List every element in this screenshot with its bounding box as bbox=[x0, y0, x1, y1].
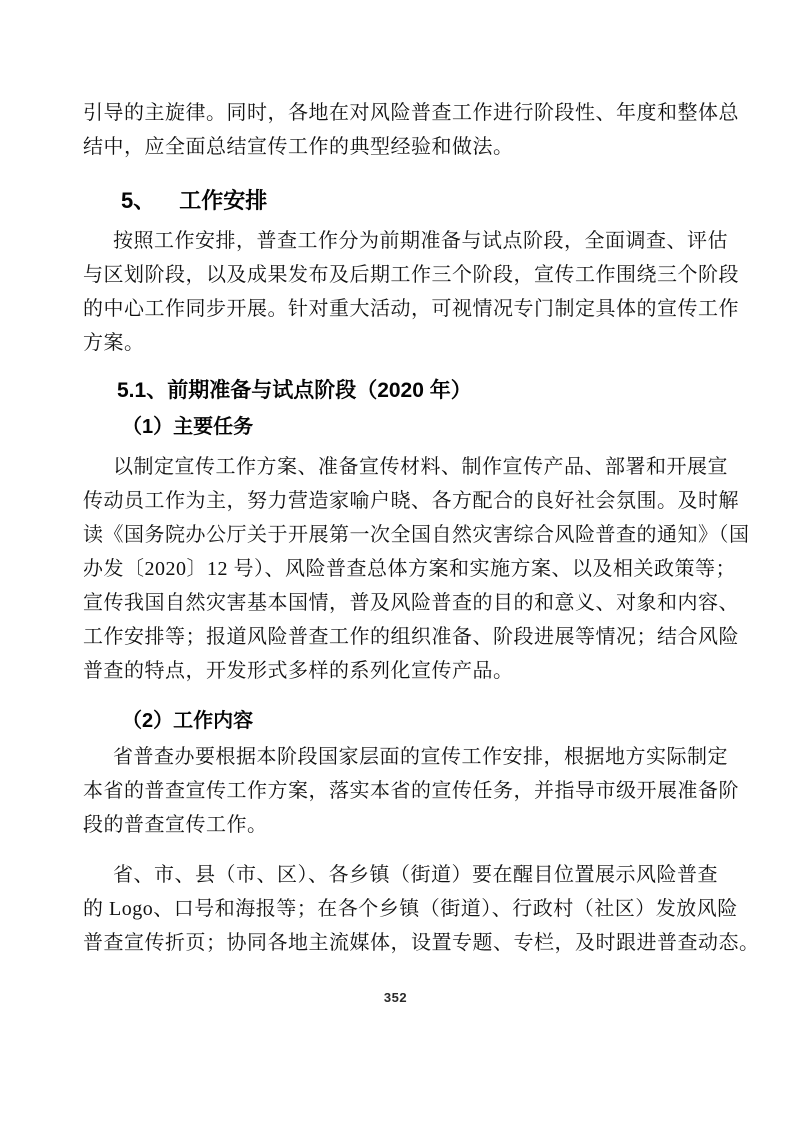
text-line: 普查的特点，开发形式多样的系列化宣传产品。 bbox=[83, 654, 708, 688]
subsection-heading-5-1: 5.1、前期准备与试点阶段（2020 年） bbox=[83, 374, 708, 408]
text-line: 宣传我国自然灾害基本国情，普及风险普查的目的和意义、对象和内容、 bbox=[83, 586, 708, 620]
text-line: 工作安排等；报道风险普查工作的组织准备、阶段进展等情况；结合风险 bbox=[83, 620, 708, 654]
text-line: 办发〔2020〕12 号）、风险普查总体方案和实施方案、以及相关政策等； bbox=[83, 552, 708, 586]
text-line: 的中心工作同步开展。针对重大活动，可视情况专门制定具体的宣传工作 bbox=[83, 292, 708, 326]
paragraph-arrangement: 按照工作安排，普查工作分为前期准备与试点阶段，全面调查、评估 与区划阶段，以及成… bbox=[83, 224, 708, 360]
text-line: 段的普查宣传工作。 bbox=[83, 808, 708, 842]
item-heading-main-tasks: （1）主要任务 bbox=[83, 410, 708, 444]
text-line: 普查宣传折页；协同各地主流媒体，设置专题、专栏，及时跟进普查动态。 bbox=[83, 926, 708, 960]
text-line: 以制定宣传工作方案、准备宣传材料、制作宣传产品、部署和开展宣 bbox=[83, 450, 708, 484]
section-heading-work-arrangement: 5、工作安排 bbox=[83, 184, 708, 218]
text-line: 的 Logo、口号和海报等；在各个乡镇（街道）、行政村（社区）发放风险 bbox=[83, 892, 708, 926]
text-line: 省普查办要根据本阶段国家层面的宣传工作安排，根据地方实际制定 bbox=[83, 740, 708, 774]
section-number: 5、 bbox=[121, 184, 155, 218]
text-line: 传动员工作为主，努力营造家喻户晓、各方配合的良好社会氛围。及时解 bbox=[83, 484, 708, 518]
paragraph-intro: 引导的主旋律。同时，各地在对风险普查工作进行阶段性、年度和整体总 结中，应全面总… bbox=[83, 96, 708, 164]
text-line: 方案。 bbox=[83, 326, 708, 360]
text-line: 结中，应全面总结宣传工作的典型经验和做法。 bbox=[83, 130, 708, 164]
page-number: 352 bbox=[83, 990, 708, 1005]
document-page: 引导的主旋律。同时，各地在对风险普查工作进行阶段性、年度和整体总 结中，应全面总… bbox=[0, 0, 793, 1122]
section-title: 工作安排 bbox=[179, 188, 267, 213]
item-heading-work-content: （2）工作内容 bbox=[83, 704, 708, 738]
text-line: 省、市、县（市、区）、各乡镇（街道）要在醒目位置展示风险普查 bbox=[83, 858, 708, 892]
paragraph-main-tasks: 以制定宣传工作方案、准备宣传材料、制作宣传产品、部署和开展宣 传动员工作为主，努… bbox=[83, 450, 708, 688]
text-line: 按照工作安排，普查工作分为前期准备与试点阶段，全面调查、评估 bbox=[83, 224, 708, 258]
paragraph-work-content: 省普查办要根据本阶段国家层面的宣传工作安排，根据地方实际制定 本省的普查宣传工作… bbox=[83, 740, 708, 842]
text-line: 引导的主旋律。同时，各地在对风险普查工作进行阶段性、年度和整体总 bbox=[83, 96, 708, 130]
document-content: 引导的主旋律。同时，各地在对风险普查工作进行阶段性、年度和整体总 结中，应全面总… bbox=[0, 0, 793, 1005]
paragraph-grassroots: 省、市、县（市、区）、各乡镇（街道）要在醒目位置展示风险普查 的 Logo、口号… bbox=[83, 858, 708, 960]
text-line: 本省的普查宣传工作方案，落实本省的宣传任务，并指导市级开展准备阶 bbox=[83, 774, 708, 808]
text-line: 读《国务院办公厅关于开展第一次全国自然灾害综合风险普查的通知》（国 bbox=[83, 518, 708, 552]
text-line: 与区划阶段，以及成果发布及后期工作三个阶段，宣传工作围绕三个阶段 bbox=[83, 258, 708, 292]
